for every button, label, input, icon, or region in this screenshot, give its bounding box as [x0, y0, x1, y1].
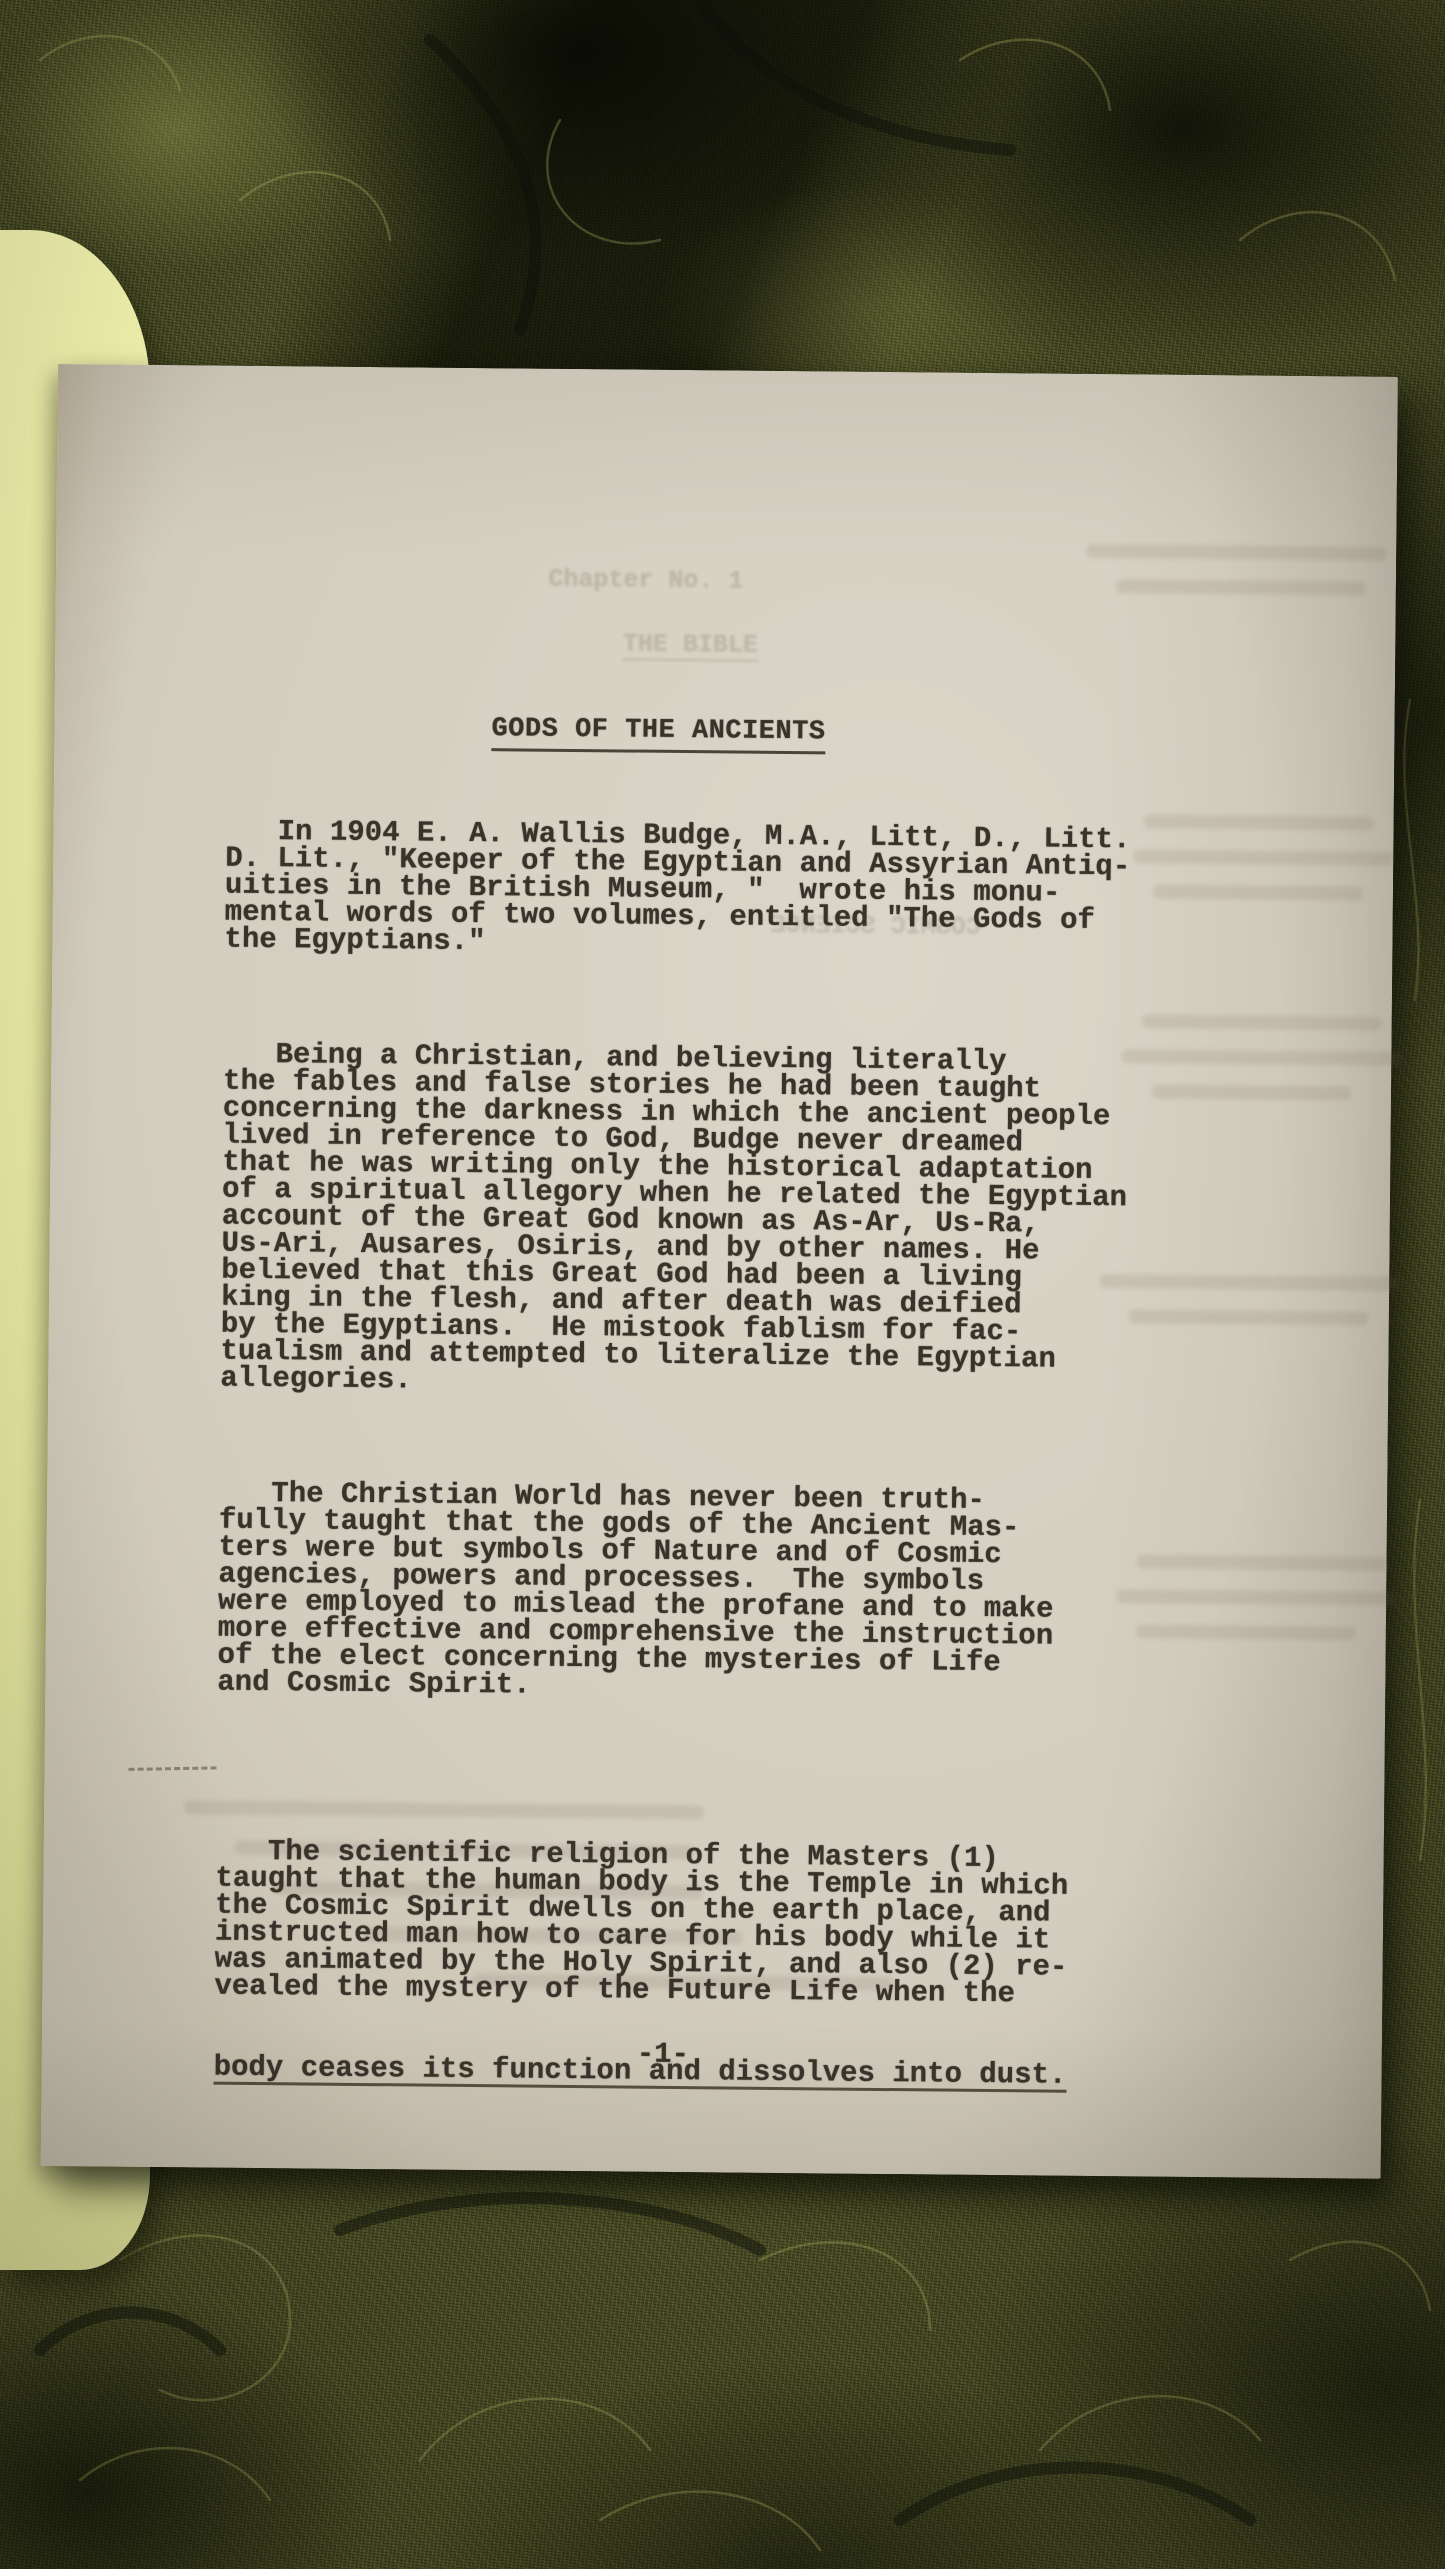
bleedthrough-chapter-heading: Chapter No. 1 THE BIBLE — [525, 507, 767, 691]
bleedthrough-streak — [1116, 579, 1366, 595]
stray-typed-dashes — [129, 1766, 217, 1770]
paragraph-2: Being a Christian, and believing literal… — [220, 1041, 1223, 1402]
paragraph-4-body: The scientific religion of the Masters (… — [214, 1838, 1216, 2010]
page-number: -1- — [637, 2038, 690, 2071]
page-title-text: GODS OF THE ANCIENTS — [491, 714, 825, 754]
body-text: In 1904 E. A. Wallis Budge, M.A., Litt, … — [212, 764, 1226, 2237]
bleedthrough-chapter-title: THE BIBLE — [623, 629, 758, 661]
paragraph-3: The Christian World has never been truth… — [217, 1480, 1219, 1706]
bleedthrough-chapter-line: Chapter No. 1 — [526, 565, 766, 596]
paragraph-4: The scientific religion of the Masters (… — [213, 1784, 1216, 2149]
bleedthrough-streak — [1086, 544, 1386, 561]
photo-scene: Chapter No. 1 THE BIBLE COSMIC SCIENCE G… — [0, 0, 1445, 2569]
page-title: GODS OF THE ANCIENTS — [491, 714, 825, 747]
paragraph-1: In 1904 E. A. Wallis Budge, M.A., Litt, … — [224, 818, 1225, 963]
typewritten-page: Chapter No. 1 THE BIBLE COSMIC SCIENCE G… — [41, 364, 1398, 2179]
